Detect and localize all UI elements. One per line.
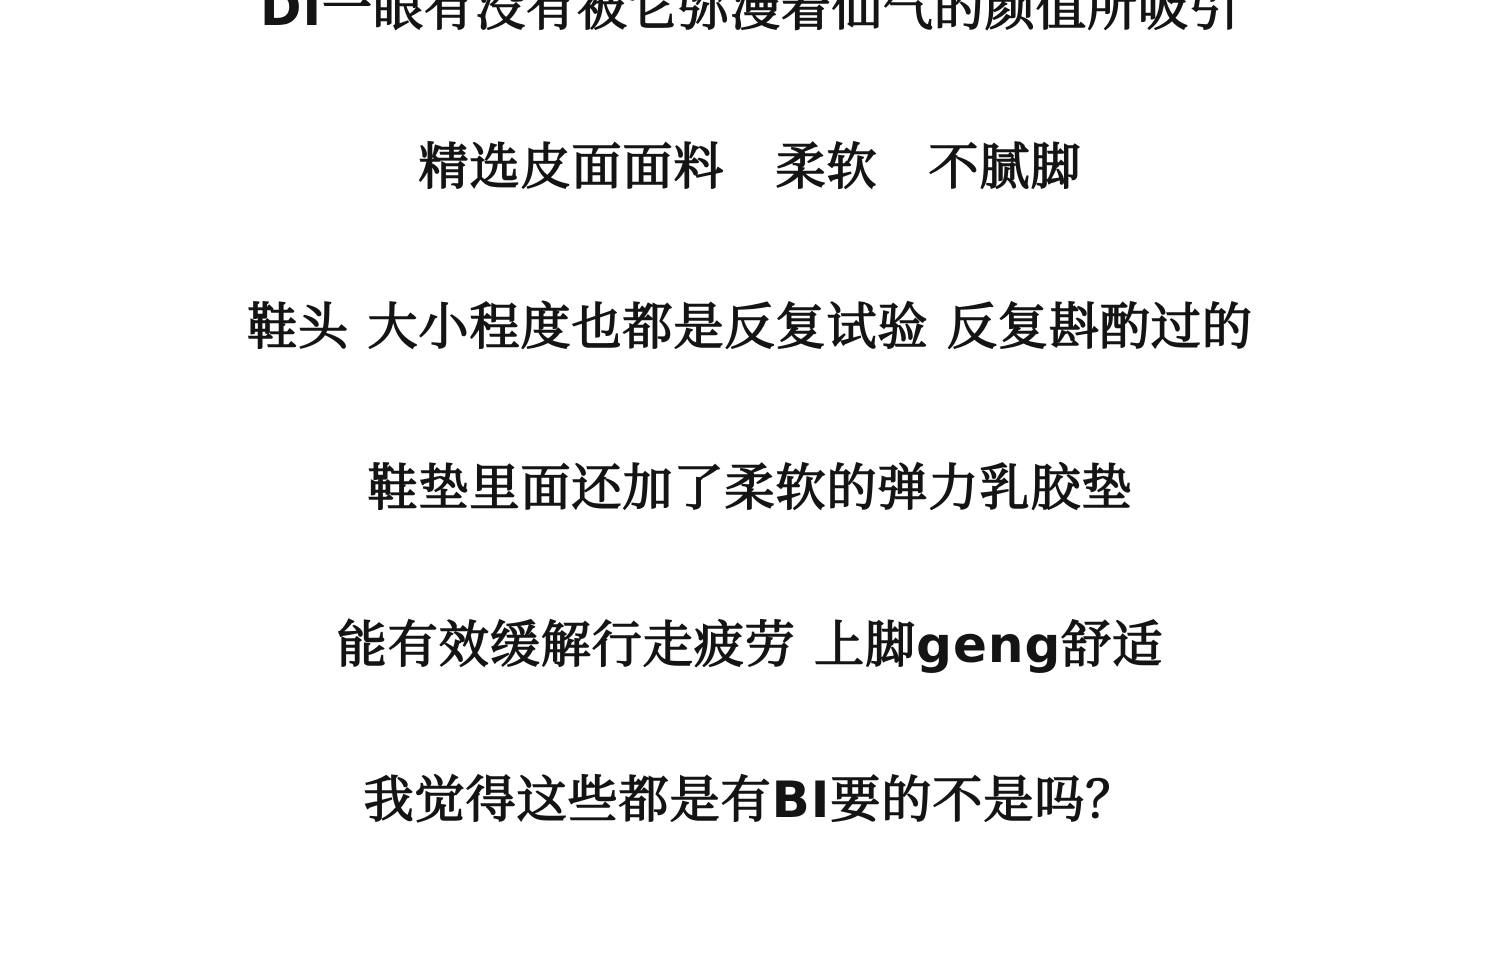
description-line-1: DI一眼有没有被它弥漫着仙气的颜值所吸引 — [0, 0, 1500, 36]
description-line-3: 鞋头 大小程度也都是反复试验 反复斟酌过的 — [0, 299, 1500, 355]
description-line-6: 我觉得这些都是有BI要的不是吗？ — [0, 772, 1500, 828]
description-line-5: 能有效缓解行走疲劳 上脚geng舒适 — [0, 617, 1500, 673]
description-line-4: 鞋垫里面还加了柔软的弹力乳胶垫 — [0, 460, 1500, 516]
description-line-2: 精选皮面面料 柔软 不腻脚 — [0, 139, 1500, 195]
product-description-page: DI一眼有没有被它弥漫着仙气的颜值所吸引 精选皮面面料 柔软 不腻脚 鞋头 大小… — [0, 0, 1500, 953]
